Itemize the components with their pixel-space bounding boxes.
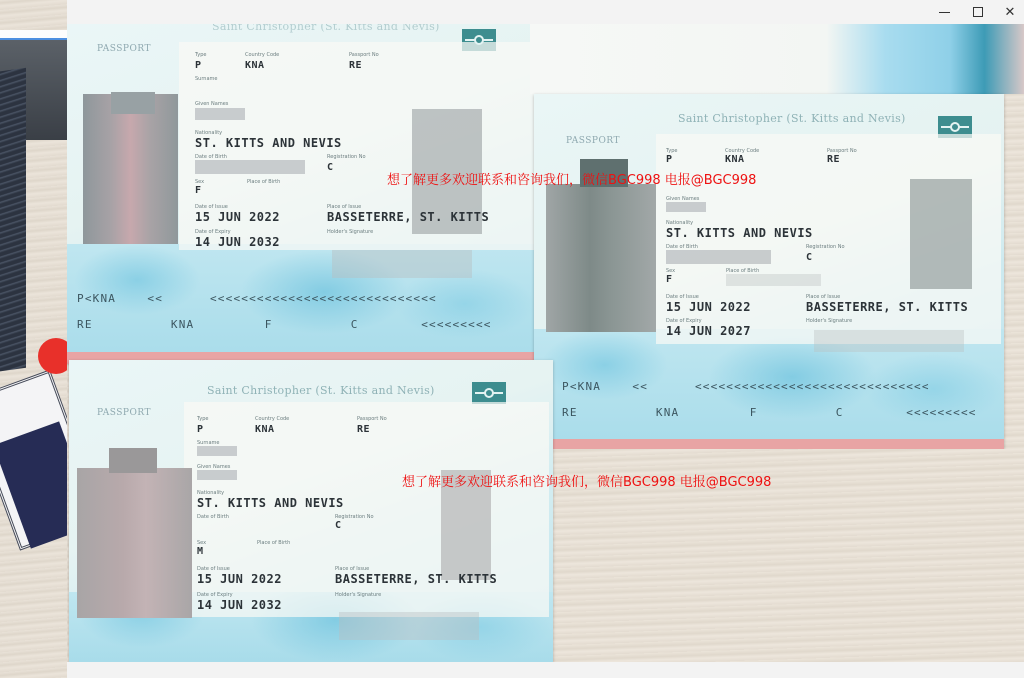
passport-type: P (197, 424, 204, 435)
contact-watermark-1: 想了解更多欢迎联系和咨询我们，微信BGC998 电报@BGC998 (387, 169, 756, 188)
status-bar (67, 662, 1024, 678)
passport-card-2: Saint Christopher (St. Kitts and Nevis) … (530, 24, 1024, 449)
photo-redacted-top (109, 448, 157, 473)
background-shutter (0, 68, 26, 372)
given-names-redacted (666, 202, 706, 212)
passport-number: RE (357, 424, 370, 435)
passport-type: P (195, 60, 202, 71)
label-given-names: Given Names (195, 101, 228, 107)
background-window-edge (0, 30, 68, 40)
label-passport-no: Passport No (357, 416, 387, 422)
signature-redacted (332, 250, 472, 278)
issuer-title: Saint Christopher (St. Kitts and Nevis) (207, 384, 435, 397)
image-viewer-window: ✕ Saint Christopher (St. Kitts and Nevis… (67, 0, 1024, 678)
title-bar[interactable]: ✕ (67, 0, 1024, 24)
close-icon: ✕ (1005, 5, 1016, 20)
issuer-title: Saint Christopher (St. Kitts and Nevis) (212, 24, 440, 33)
place-of-issue: BASSETERRE, ST. KITTS (806, 300, 968, 314)
red-seal (38, 338, 68, 374)
date-of-expiry: 14 JUN 2032 (195, 235, 280, 249)
place-of-issue: BASSETERRE, ST. KITTS (327, 210, 489, 224)
minimize-icon (939, 12, 950, 13)
given-names-redacted (195, 108, 245, 120)
contact-watermark-2: 想了解更多欢迎联系和咨询我们，微信BGC998 电报@BGC998 (402, 471, 771, 490)
signature-redacted (339, 612, 479, 640)
passport-type: P (666, 154, 673, 165)
sex: F (195, 185, 202, 196)
registration-number: C (335, 520, 342, 531)
country-code: KNA (725, 154, 745, 165)
passport-label: PASSPORT (566, 136, 620, 146)
passport-card-3: Saint Christopher (St. Kitts and Nevis) … (69, 360, 553, 662)
sex: F (666, 274, 673, 285)
date-of-birth-redacted (666, 250, 771, 264)
given-names-redacted (197, 470, 237, 480)
date-of-expiry: 14 JUN 2032 (197, 598, 282, 612)
sex: M (197, 546, 204, 557)
label-place-of-birth: Place of Birth (257, 540, 290, 546)
passport-number: RE (827, 154, 840, 165)
registration-number: C (806, 252, 813, 263)
place-of-issue: BASSETERRE, ST. KITTS (335, 572, 497, 586)
photo-redacted-top (111, 92, 155, 114)
mrz-line-1: P<KNA << <<<<<<<<<<<<<<<<<<<<<<<<<<<<<< (562, 380, 930, 393)
label-signature: Holder's Signature (806, 318, 852, 324)
mrz-line-1: P<KNA << <<<<<<<<<<<<<<<<<<<<<<<<<<<<< (77, 292, 437, 305)
close-button[interactable]: ✕ (993, 0, 1024, 24)
passport-label: PASSPORT (97, 408, 151, 418)
label-place-of-birth: Place of Birth (247, 179, 280, 185)
label-signature: Holder's Signature (327, 229, 373, 235)
navy-passport-book (0, 421, 68, 548)
mrz-line-2: RE KNA F C <<<<<<<<< (562, 406, 977, 419)
image-canvas: Saint Christopher (St. Kitts and Nevis) … (67, 24, 1024, 662)
photo-redacted (546, 184, 656, 332)
ghost-photo-redacted (910, 179, 972, 289)
issuer-title: Saint Christopher (St. Kitts and Nevis) (678, 112, 906, 125)
background-window-strip (0, 0, 68, 678)
label-registration: Registration No (806, 244, 845, 250)
date-of-birth-redacted (195, 160, 305, 174)
date-of-expiry: 14 JUN 2027 (666, 324, 751, 338)
country-code: KNA (245, 60, 265, 71)
nationality: ST. KITTS AND NEVIS (666, 226, 813, 240)
biometric-chip-icon (472, 382, 506, 404)
label-signature: Holder's Signature (335, 592, 381, 598)
label-date-of-birth: Date of Birth (197, 514, 229, 520)
signature-redacted (814, 330, 964, 352)
surname-redacted (197, 446, 237, 456)
nationality: ST. KITTS AND NEVIS (197, 496, 344, 510)
passport-label: PASSPORT (97, 44, 151, 54)
label-surname: Surname (195, 76, 218, 82)
place-of-birth-redacted (726, 274, 821, 286)
maximize-icon (973, 7, 983, 17)
photo-redacted (83, 94, 178, 244)
passport-number: RE (349, 60, 362, 71)
passport-upper-page (530, 24, 1024, 94)
date-of-issue: 15 JUN 2022 (666, 300, 751, 314)
label-registration: Registration No (327, 154, 366, 160)
label-type: Type (195, 52, 206, 58)
nationality: ST. KITTS AND NEVIS (195, 136, 342, 150)
mrz-line-2: RE KNA F C <<<<<<<<< (77, 318, 492, 331)
label-country-code: Country Code (255, 416, 289, 422)
registration-number: C (327, 162, 334, 173)
date-of-issue: 15 JUN 2022 (195, 210, 280, 224)
date-of-issue: 15 JUN 2022 (197, 572, 282, 586)
label-passport-no: Passport No (349, 52, 379, 58)
maximize-button[interactable] (961, 0, 995, 24)
passport-card-1: Saint Christopher (St. Kitts and Nevis) … (67, 24, 535, 364)
minimize-button[interactable] (927, 0, 961, 24)
photo-redacted (77, 468, 192, 618)
label-country-code: Country Code (245, 52, 279, 58)
country-code: KNA (255, 424, 275, 435)
passport-edge (534, 439, 1004, 449)
label-type: Type (197, 416, 208, 422)
